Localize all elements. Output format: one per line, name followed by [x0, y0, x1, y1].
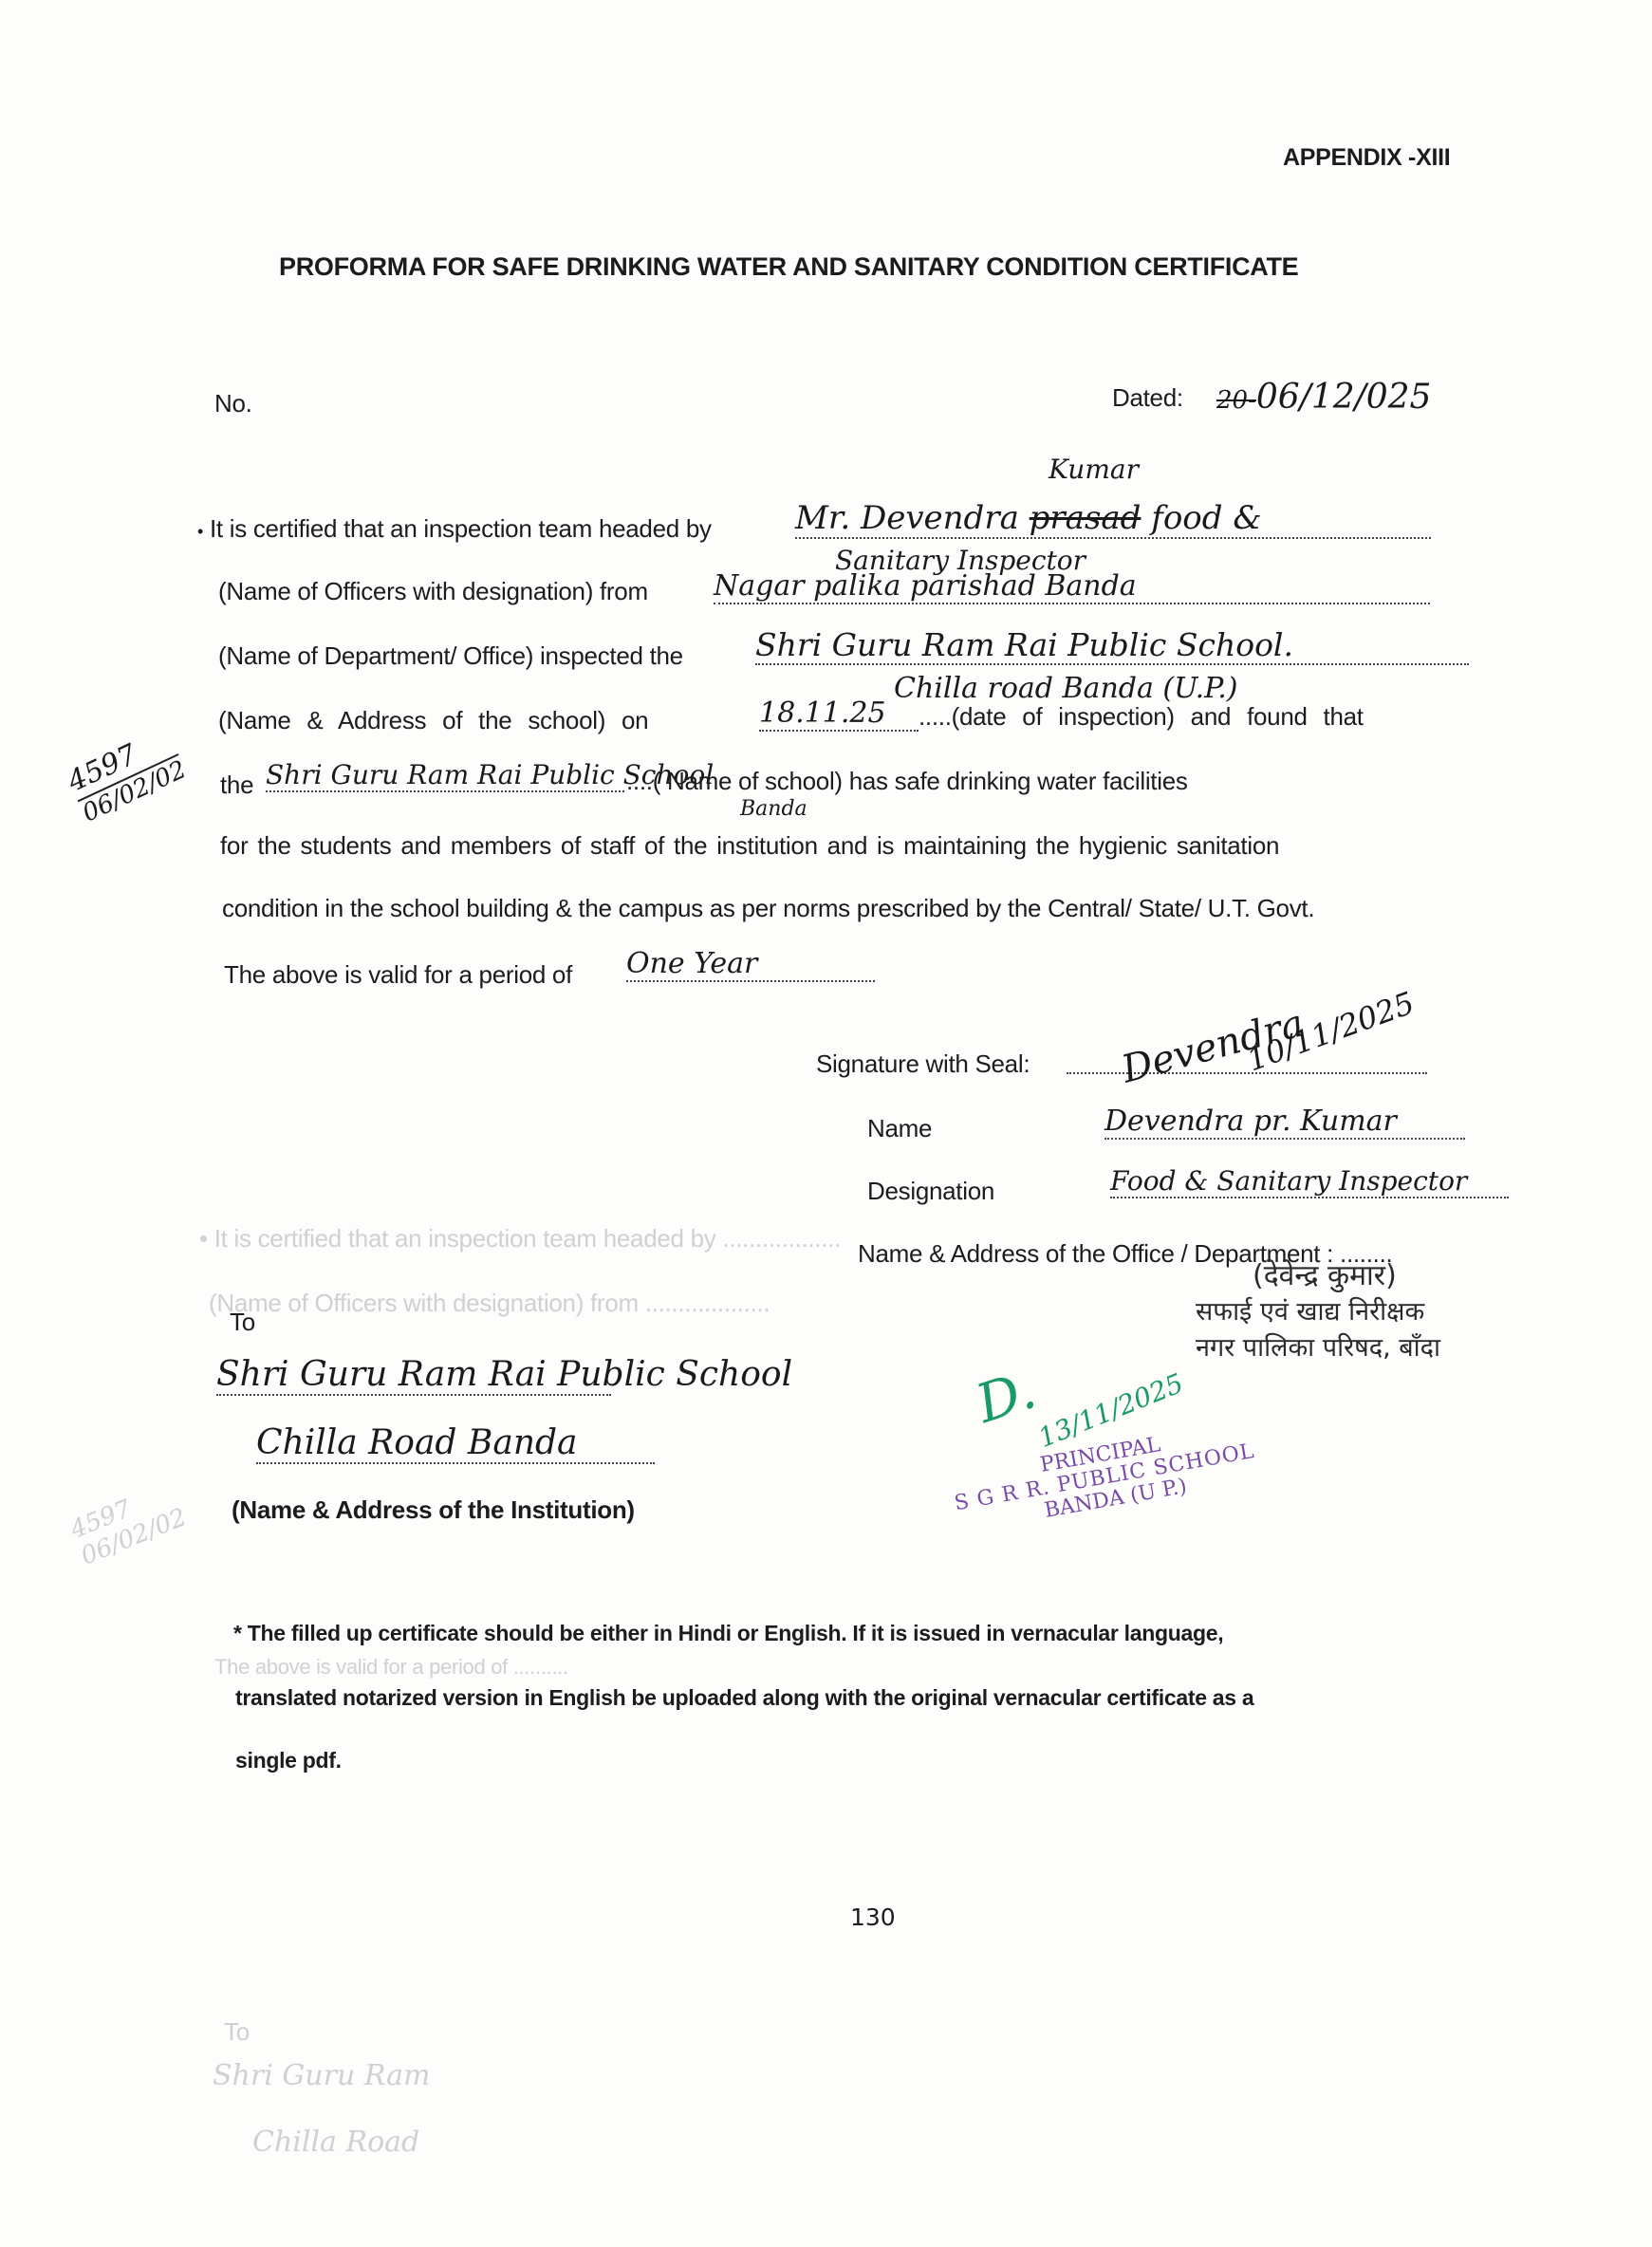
margin-inward-number: 4597 06/02/02: [63, 722, 191, 828]
certificate-line-6: for the students and members of staff of…: [220, 831, 1279, 861]
school-city-below: Banda: [740, 797, 807, 821]
certificate-line-4b: .....(date of inspection) and found that: [919, 702, 1364, 732]
recipient-name-field: Shri Guru Ram Rai Public School: [216, 1355, 611, 1396]
principal-signature: D.: [969, 1359, 1043, 1436]
school-name-field-2: Shri Guru Ram Rai Public School: [266, 759, 624, 792]
validity-period-field: One Year: [626, 947, 875, 982]
dated-label: Dated:: [1112, 383, 1183, 413]
dated-value: 20-06/12/025: [1216, 378, 1431, 417]
school-address-below: Chilla road Banda (U.P.): [894, 672, 1238, 705]
ghost-recipient-1: Shri Guru Ram: [213, 2059, 430, 2092]
officer-name-field: Mr. Devendra prasad food &: [795, 499, 1431, 539]
certificate-line-1: • It is certified that an inspection tea…: [197, 514, 712, 544]
designation-label: Designation: [867, 1177, 994, 1206]
principal-stamp: PRINCIPAL S G R R. PUBLIC SCHOOL BANDA (…: [949, 1418, 1260, 1538]
name-label: Name: [867, 1114, 932, 1143]
certificate-line-2: (Name of Officers with designation) from: [218, 577, 648, 606]
ghost-text-3: The above is valid for a period of .....…: [214, 1655, 568, 1680]
footnote-line-1: * The filled up certificate should be ei…: [233, 1621, 1223, 1646]
certificate-line-7: condition in the school building & the c…: [222, 894, 1314, 923]
inspector-hindi-stamp: (देवेन्द्र कुमार) सफाई एवं खाद्य निरीक्ष…: [1196, 1258, 1440, 1366]
certificate-line-8: The above is valid for a period of: [224, 960, 572, 990]
certificate-line-5b: ....( Name of school) has safe drinking …: [626, 767, 1188, 796]
ghost-margin-number: 4597 06/02/02: [66, 1476, 191, 1570]
page-number: 130: [850, 1903, 896, 1931]
office-field: Nagar palika parishad Banda: [714, 569, 1430, 604]
ghost-to: To: [224, 2017, 250, 2047]
officer-name-above: Kumar: [1049, 454, 1139, 485]
footnote-line-2: translated notarized version in English …: [235, 1685, 1253, 1711]
ghost-text-1: • It is certified that an inspection tea…: [199, 1224, 841, 1253]
recipient-caption: (Name & Address of the Institution): [232, 1495, 635, 1525]
footnote-line-3: single pdf.: [235, 1748, 342, 1773]
page-title: PROFORMA FOR SAFE DRINKING WATER AND SAN…: [279, 252, 1298, 282]
recipient-address-field: Chilla Road Banda: [256, 1423, 655, 1464]
certificate-line-3: (Name of Department/ Office) inspected t…: [218, 641, 683, 671]
ghost-recipient-2: Chilla Road: [252, 2126, 419, 2159]
certificate-line-5a: the: [220, 771, 253, 800]
appendix-label: APPENDIX -XIII: [1283, 144, 1450, 172]
inspection-date-field: 18.11.25: [759, 696, 919, 732]
inspector-name-field: Devendra pr. Kumar: [1104, 1105, 1465, 1140]
certificate-line-4a: (Name & Address of the school) on: [218, 706, 648, 735]
certificate-number-label: No.: [214, 389, 252, 418]
ghost-text-2: (Name of Officers with designation) from…: [209, 1289, 770, 1318]
signature-label: Signature with Seal:: [816, 1049, 1030, 1079]
school-name-field: Shri Guru Ram Rai Public School.: [755, 626, 1469, 665]
inspector-designation-field: Food & Sanitary Inspector: [1110, 1165, 1509, 1198]
to-label: To: [230, 1308, 255, 1337]
